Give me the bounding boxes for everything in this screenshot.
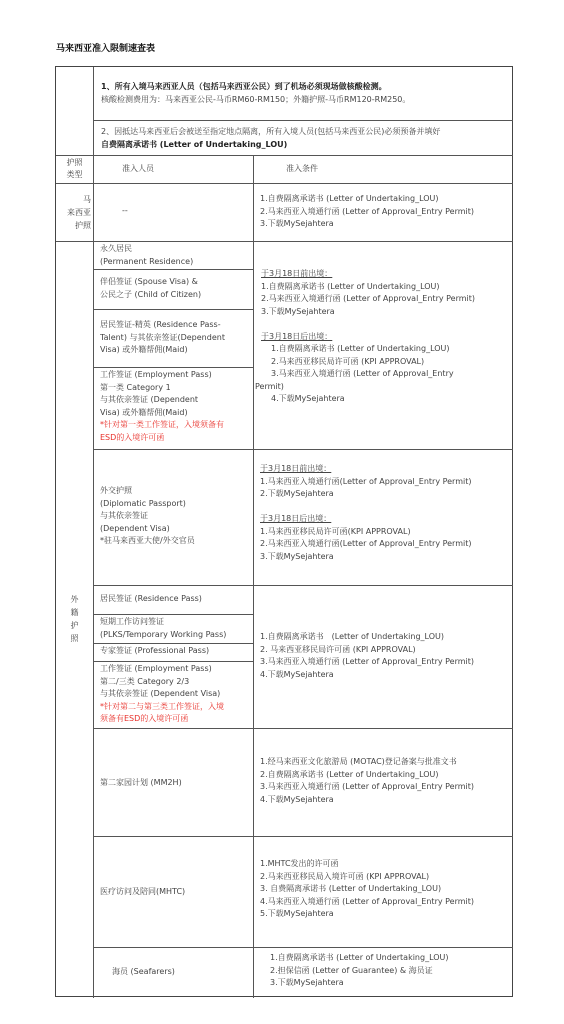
- seafarers-conditions: 1.自费隔离承诺书 (Letter of Undertaking_LOU) 2.…: [270, 952, 449, 990]
- header-persons: 准入人员: [122, 163, 154, 176]
- notice-1-heading: 1、所有入境马来西亚人员（包括马来西亚公民）到了机场必须现场做核酸检测。: [101, 81, 511, 94]
- group2-conditions: 1.自费隔离承诺书 (Letter of Undertaking_LOU) 2.…: [260, 631, 474, 681]
- mhtc-conditions: 1.MHTC发出的许可函 2.马来西亚移民局入境许可函 (KPI APPROVA…: [260, 858, 474, 921]
- document-title: 马来西亚准入限制速查表: [56, 41, 155, 54]
- esd-note-cat23: *针对第二与第三类工作签证，入境: [100, 701, 224, 714]
- diplomatic-passport: 外交护照 (Diplomatic Passport) 与其依亲签证 (Depen…: [100, 485, 195, 548]
- header-passport-type: 护照 类型: [56, 157, 93, 181]
- entry-restriction-table: 1、所有入境马来西亚人员（包括马来西亚公民）到了机场必须现场做核酸检测。 核酸检…: [55, 66, 513, 997]
- seafarers: 海员 (Seafarers): [112, 966, 175, 979]
- malaysian-conditions: 1.自费隔离承诺书 (Letter of Undertaking_LOU) 2.…: [260, 193, 474, 231]
- notice-1: 1、所有入境马来西亚人员（包括马来西亚公民）到了机场必须现场做核酸检测。 核酸检…: [101, 81, 511, 106]
- residence-pass: 居民签证 (Residence Pass): [100, 593, 202, 606]
- after-heading: 于3月18日后出境：: [255, 331, 475, 344]
- foreign-passport-type: 外 籍 护 照: [56, 593, 93, 645]
- diplomatic-conditions: 于3月18日前出境： 1.马来西亚入境通行函(Letter of Approva…: [260, 463, 471, 563]
- residence-pass-talent: 居民签证-精英 (Residence Pass- Talent) 与其依亲签证(…: [100, 319, 225, 357]
- notice-2-text: 2、因抵达马来西亚后会被送至指定地点隔离，所有入境人员(包括马来西亚公民)必须预…: [101, 126, 511, 139]
- group1-conditions: 于3月18日前出境： 1.自费隔离承诺书 (Letter of Undertak…: [255, 268, 475, 406]
- before-heading: 于3月18日前出境：: [255, 268, 475, 281]
- malaysian-passport-type: 马 来西亚 护照: [56, 193, 91, 232]
- professional-pass: 专家签证 (Professional Pass): [100, 645, 209, 658]
- notice-1-fees: 核酸检测费用为：马来西亚公民-马币RM60-RM150；外籍护照-马币RM120…: [101, 94, 511, 107]
- permanent-residence: 永久居民 (Permanent Residence): [100, 243, 193, 268]
- notice-2-lou: 自费隔离承诺书 (Letter of Undertaking_LOU): [101, 139, 511, 152]
- mm2h: 第二家园计划 (MM2H): [100, 777, 182, 790]
- notice-2: 2、因抵达马来西亚后会被送至指定地点隔离，所有入境人员(包括马来西亚公民)必须预…: [101, 126, 511, 151]
- plks-temporary-working-pass: 短期工作访问签证 (PLKS/Temporary Working Pass): [100, 616, 226, 641]
- mm2h-conditions: 1.经马来西亚文化旅游局 (MOTAC)登记备案与批准文书 2.自费隔离承诺书 …: [260, 756, 474, 806]
- header-conditions: 准入条件: [286, 163, 318, 176]
- employment-pass-cat1: 工作签证 (Employment Pass) 第一类 Category 1 与其…: [100, 369, 224, 444]
- esd-note-cat1: *针对第一类工作签证，入境须备有: [100, 419, 224, 432]
- malaysian-persons: --: [122, 205, 128, 218]
- spouse-visa: 伴侣签证 (Spouse Visa) & 公民之子 (Child of Citi…: [100, 276, 201, 301]
- mhtc: 医疗访问及陪同(MHTC): [100, 886, 185, 899]
- employment-pass-cat23: 工作签证 (Employment Pass) 第二/三类 Category 2/…: [100, 663, 224, 726]
